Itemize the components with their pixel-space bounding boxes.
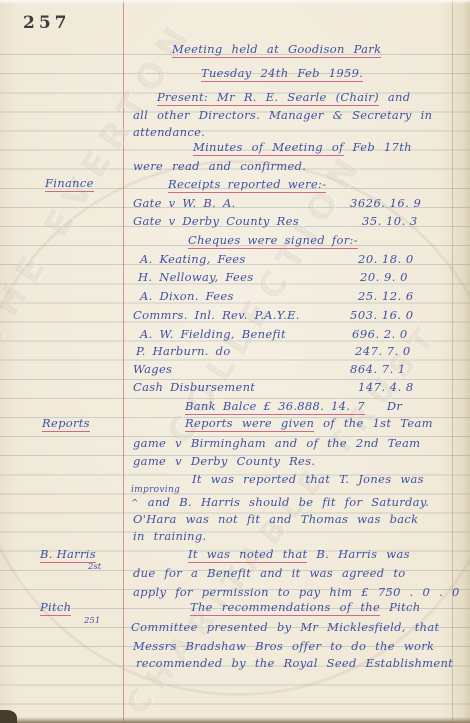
bottom-edge-shadow — [0, 717, 470, 723]
cheque-amount: 864. 7. 1 — [350, 362, 406, 376]
page-edge-line — [452, 0, 453, 723]
harris-line3: apply for permission to pay him £ 750 . … — [133, 585, 460, 599]
confirm-line: were read and confirmed. — [133, 159, 306, 173]
margin-ref-pitch: 251 — [84, 614, 100, 628]
cheque-row: Commrs. Inl. Rev. P.A.Y.E. — [133, 308, 300, 322]
cheque-row: A. Dixon. Fees — [140, 289, 234, 303]
meeting-title-line: Meeting held at Goodison Park — [172, 42, 381, 56]
cheque-row: P. Harburn. do — [136, 344, 231, 358]
top-edge-shadow — [0, 0, 470, 4]
corner-blot — [0, 710, 17, 723]
cheque-amount: 503. 16. 0 — [350, 308, 414, 322]
present-line: Present: Mr R. E. Searle (Chair) and — [157, 90, 410, 104]
harris-line2: due for a Benefit and it was agreed to — [133, 566, 406, 580]
receipts-heading: Receipts reported were:- — [168, 177, 326, 191]
reports-line2: game v Birmingham and of the 2nd Team — [133, 436, 420, 450]
cheque-row: H. Nelloway, Fees — [138, 270, 253, 284]
minutes-heading: Minutes of Meeting of Feb 17th — [193, 140, 412, 154]
ledger-page: THE EVERTON COLLECTION CHARITABLE TRUST … — [0, 0, 470, 723]
attendees-line: all other Directors. Manager & Secretary… — [133, 108, 432, 122]
cheque-row: A. W. Fielding, Benefit — [140, 327, 286, 341]
cheques-heading: Cheques were signed for:- — [188, 233, 358, 247]
cheque-amount: 20. 18. 0 — [358, 252, 414, 266]
reports-line3: game v Derby County Res. — [133, 454, 315, 468]
reports-line4: It was reported that T. Jones was — [192, 472, 424, 486]
cheque-row: Cash Disbursement — [133, 380, 255, 394]
pitch-line1: The recommendations of the Pitch — [190, 600, 420, 614]
cheque-amount: 247. 7. 0 — [355, 344, 411, 358]
receipt-row: Gate v Derby County Res — [133, 214, 299, 228]
receipt-amount: 35. 10. 3 — [362, 214, 418, 228]
pitch-line3: Messrs Bradshaw Bros offer to do the wor… — [133, 639, 434, 653]
margin-note-reports: Reports — [42, 416, 90, 430]
page-number-stamp: 257 — [23, 13, 71, 33]
pitch-line2: Committee presented by Mr Micklesfield, … — [131, 620, 439, 634]
attendees-line2: attendance. — [133, 125, 205, 139]
harris-line1: It was noted that B. Harris was — [188, 547, 410, 561]
bank-balance-line: Bank Balce £ 36.888. 14. 7Dr — [185, 399, 402, 413]
margin-note-finance: Finance — [45, 176, 94, 190]
margin-note-pitch: Pitch — [40, 600, 71, 614]
receipt-row: Gate v W. B. A. — [133, 196, 236, 210]
cheque-amount: 147. 4. 8 — [358, 380, 414, 394]
cheque-row: A. Keating, Fees — [140, 252, 246, 266]
margin-ref-b-harris: 2st — [88, 560, 101, 574]
reports-line6: O'Hara was not fit and Thomas was back — [133, 512, 418, 526]
cheque-amount: 20. 9. 0 — [360, 270, 408, 284]
reports-line1: Reports were given of the 1st Team — [185, 416, 433, 430]
margin-note-b-harris: B. Harris — [40, 547, 96, 561]
reports-line5: ^ and B. Harris should be fit for Saturd… — [131, 495, 429, 511]
meeting-date-line: Tuesday 24th Feb 1959. — [201, 66, 363, 80]
margin-rule-line — [123, 0, 124, 723]
cheque-row: Wages — [133, 362, 172, 376]
cheque-amount: 696. 2. 0 — [352, 327, 408, 341]
insert-caret: ^ — [131, 499, 139, 509]
reports-line7: in training. — [133, 529, 207, 543]
cheque-amount: 25. 12. 6 — [358, 289, 414, 303]
receipt-amount: 3626. 16. 9 — [350, 196, 421, 210]
pitch-line4: recommended by the Royal Seed Establishm… — [136, 656, 453, 670]
